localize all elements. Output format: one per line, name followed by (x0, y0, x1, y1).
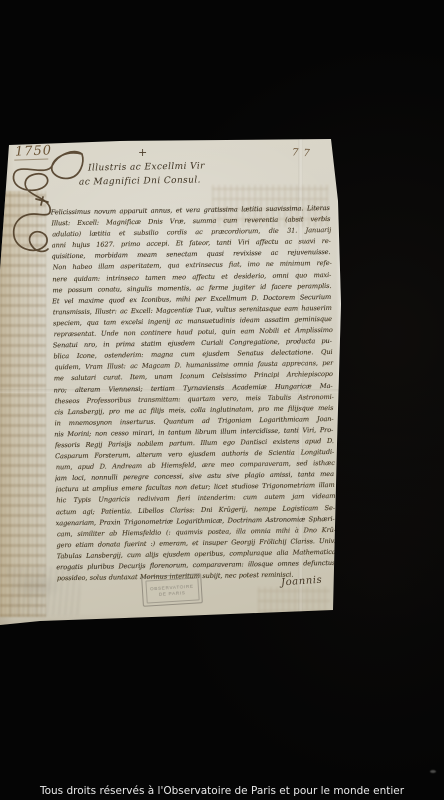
folio-number: 77 (292, 147, 315, 159)
scan-viewport: 1750 + 77 Illustris ac Excellmi Vir ac M… (0, 0, 444, 800)
stamp-line: DE PARIS (159, 590, 186, 597)
salutation-line: Illustris ac Excellmi Vir (88, 161, 258, 174)
manuscript-page: 1750 + 77 Illustris ac Excellmi Vir ac M… (0, 139, 341, 625)
copyright-caption: Tous droits réservés à l'Observatoire de… (0, 785, 444, 797)
archive-stamp-text: OBSERVATOIRE DE PARIS (145, 577, 199, 603)
archive-stamp: OBSERVATOIRE DE PARIS (141, 573, 203, 607)
cross-mark: + (138, 146, 147, 159)
letter-body: Felicissimus novum apparuit annus, et ve… (51, 203, 336, 585)
dust-speck (430, 770, 436, 773)
